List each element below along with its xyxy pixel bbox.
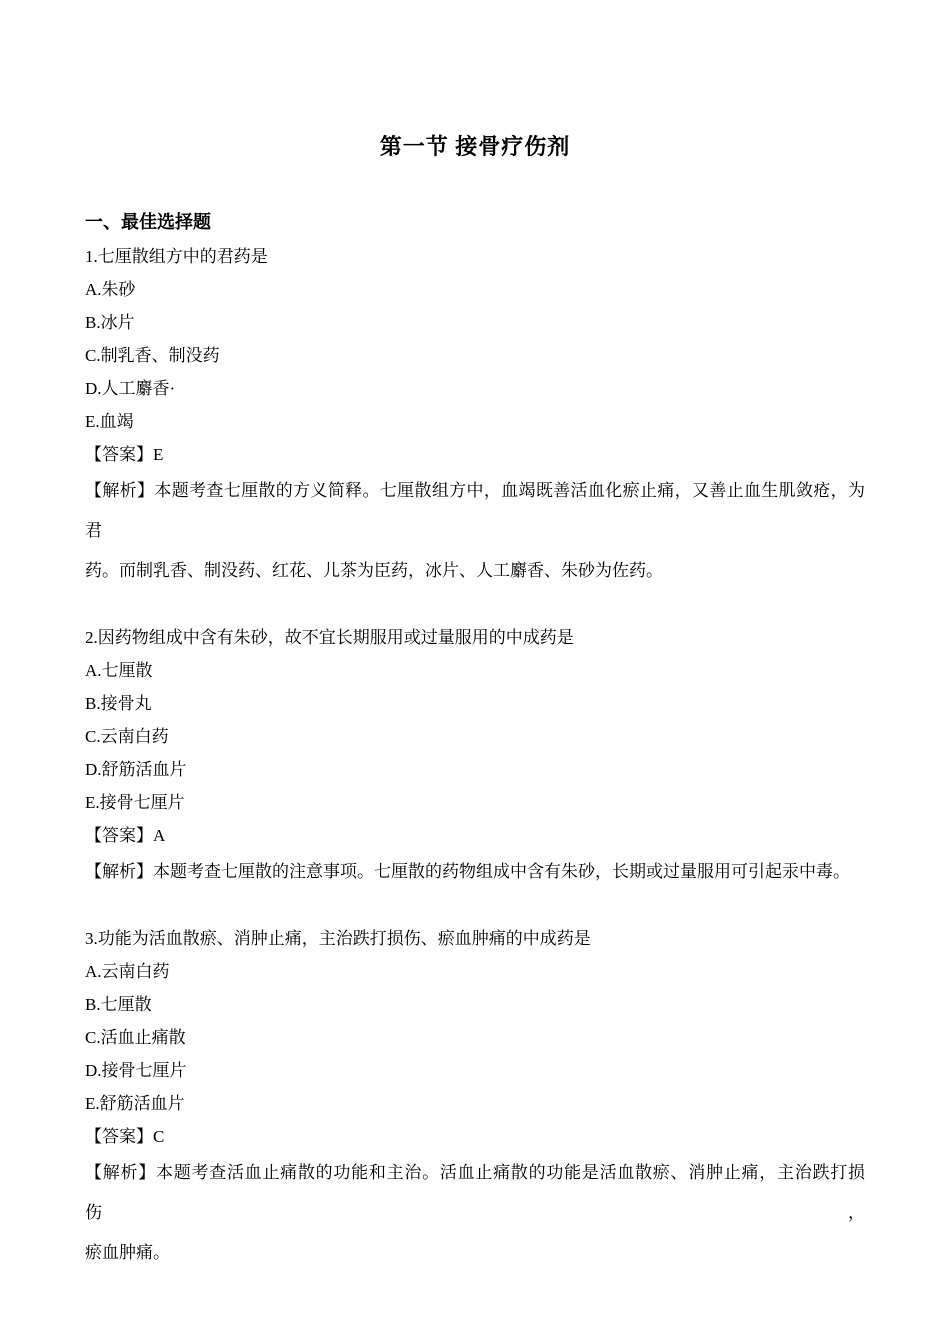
- document-page: 第一节 接骨疗伤剂 一、最佳选择题 1.七厘散组方中的君药是 A.朱砂 B.冰片…: [0, 0, 950, 1344]
- question-1-explanation-line-2: 药。而制乳香、制没药、红花、儿茶为臣药，冰片、人工麝香、朱砂为佐药。: [85, 551, 865, 591]
- question-1-answer: 【答案】E: [85, 438, 865, 471]
- question-1: 1.七厘散组方中的君药是 A.朱砂 B.冰片 C.制乳香、制没药 D.人工麝香·…: [85, 240, 865, 591]
- question-1-option-a: A.朱砂: [85, 273, 865, 306]
- section-heading: 一、最佳选择题: [85, 210, 865, 234]
- question-2-stem: 2.因药物组成中含有朱砂，故不宜长期服用或过量服用的中成药是: [85, 621, 865, 654]
- question-2-option-d: D.舒筋活血片: [85, 753, 865, 786]
- question-2-option-c: C.云南白药: [85, 720, 865, 753]
- question-1-option-d: D.人工麝香·: [85, 372, 865, 405]
- question-3: 3.功能为活血散瘀、消肿止痛，主治跌打损伤、瘀血肿痛的中成药是 A.云南白药 B…: [85, 922, 865, 1273]
- question-3-stem: 3.功能为活血散瘀、消肿止痛，主治跌打损伤、瘀血肿痛的中成药是: [85, 922, 865, 955]
- question-1-option-b: B.冰片: [85, 306, 865, 339]
- question-3-answer: 【答案】C: [85, 1120, 865, 1153]
- question-1-stem: 1.七厘散组方中的君药是: [85, 240, 865, 273]
- question-2: 2.因药物组成中含有朱砂，故不宜长期服用或过量服用的中成药是 A.七厘散 B.接…: [85, 621, 865, 892]
- question-2-option-b: B.接骨丸: [85, 687, 865, 720]
- question-1-option-c: C.制乳香、制没药: [85, 339, 865, 372]
- question-3-option-b: B.七厘散: [85, 988, 865, 1021]
- question-3-option-c: C.活血止痛散: [85, 1021, 865, 1054]
- question-1-option-e: E.血竭: [85, 405, 865, 438]
- question-2-answer: 【答案】A: [85, 819, 865, 852]
- question-3-option-d: D.接骨七厘片: [85, 1054, 865, 1087]
- question-2-explanation-line-1: 【解析】本题考查七厘散的注意事项。七厘散的药物组成中含有朱砂，长期或过量服用可引…: [85, 852, 865, 892]
- question-3-option-a: A.云南白药: [85, 955, 865, 988]
- question-2-option-e: E.接骨七厘片: [85, 786, 865, 819]
- question-3-explanation-line-2: 瘀血肿痛。: [85, 1233, 865, 1273]
- question-3-option-e: E.舒筋活血片: [85, 1087, 865, 1120]
- question-2-option-a: A.七厘散: [85, 654, 865, 687]
- question-3-explanation-line-1: 【解析】本题考查活血止痛散的功能和主治。活血止痛散的功能是活血散瘀、消肿止痛，主…: [85, 1153, 865, 1233]
- page-title: 第一节 接骨疗伤剂: [85, 132, 865, 162]
- question-1-explanation-line-1: 【解析】本题考查七厘散的方义简释。七厘散组方中，血竭既善活血化瘀止痛，又善止血生…: [85, 471, 865, 551]
